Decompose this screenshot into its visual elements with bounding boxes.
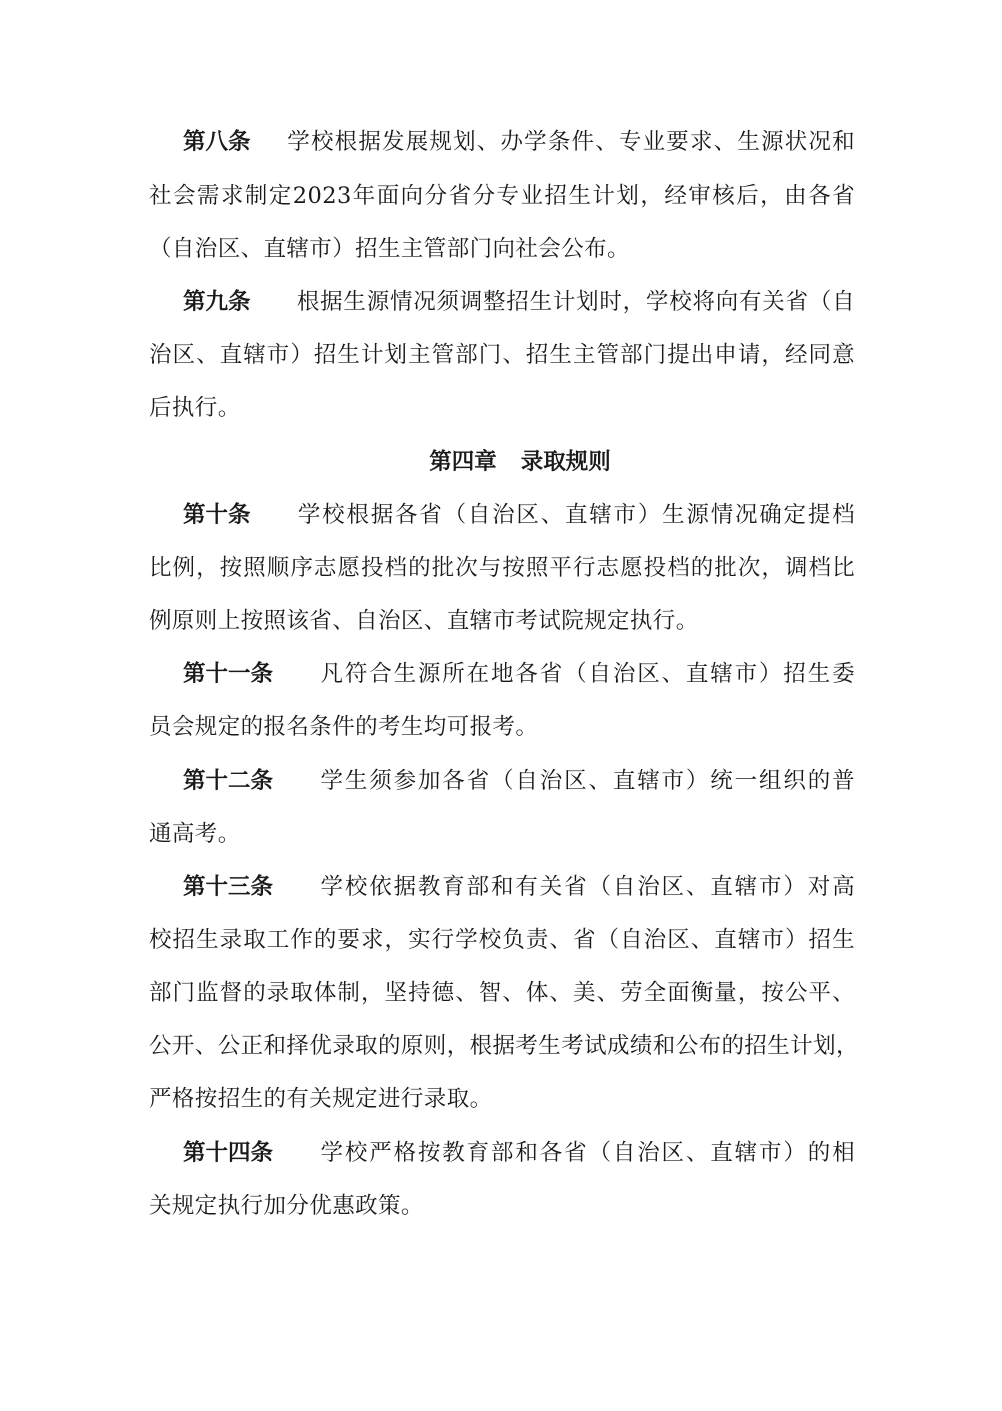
- article-12-label: 第十二条: [183, 766, 273, 796]
- article-10-line-3: 例原则上按照该省、自治区、直辖市考试院规定执行。: [149, 606, 855, 636]
- article-13-label: 第十三条: [183, 872, 273, 902]
- document-page: 第八条学校根据发展规划、办学条件、专业要求、生源状况和 社会需求制定2023年面…: [0, 0, 1002, 1411]
- article-14-text-1: 学校严格按教育部和各省（自治区、直辖市）的相: [319, 1140, 855, 1166]
- article-11-text-1: 凡符合生源所在地各省（自治区、直辖市）招生委: [319, 661, 855, 687]
- article-11-label: 第十一条: [183, 659, 273, 689]
- article-9-line-3: 后执行。: [149, 393, 855, 423]
- article-10-text-1: 学校根据各省（自治区、直辖市）生源情况确定提档: [297, 502, 855, 528]
- article-8-text-1: 学校根据发展规划、办学条件、专业要求、生源状况和: [287, 129, 855, 155]
- article-13-text-1: 学校依据教育部和有关省（自治区、直辖市）对高: [319, 874, 855, 900]
- article-13-line-3: 部门监督的录取体制，坚持德、智、体、美、劳全面衡量，按公平、: [149, 978, 855, 1008]
- article-10-label: 第十条: [183, 500, 251, 530]
- article-13-line-5: 严格按招生的有关规定进行录取。: [149, 1084, 855, 1114]
- chapter-title: 录取规则: [521, 449, 611, 475]
- article-13-line-4: 公开、公正和择优录取的原则，根据考生考试成绩和公布的招生计划，: [149, 1031, 855, 1061]
- article-14-line-1: 第十四条学校严格按教育部和各省（自治区、直辖市）的相: [183, 1138, 855, 1168]
- article-8-label: 第八条: [183, 127, 251, 157]
- article-13-line-1: 第十三条学校依据教育部和有关省（自治区、直辖市）对高: [183, 872, 855, 902]
- article-8-line-3: （自治区、直辖市）招生主管部门向社会公布。: [149, 234, 855, 264]
- article-10-line-1: 第十条学校根据各省（自治区、直辖市）生源情况确定提档: [183, 500, 855, 530]
- article-13-line-2: 校招生录取工作的要求，实行学校负责、省（自治区、直辖市）招生: [149, 925, 855, 955]
- article-8-line-1: 第八条学校根据发展规划、办学条件、专业要求、生源状况和: [183, 127, 855, 157]
- article-14-line-2: 关规定执行加分优惠政策。: [149, 1191, 855, 1221]
- article-9-line-1: 第九条根据生源情况须调整招生计划时，学校将向有关省（自: [183, 287, 855, 317]
- article-11-line-2: 员会规定的报名条件的考生均可报考。: [149, 712, 855, 742]
- article-12-line-1: 第十二条学生须参加各省（自治区、直辖市）统一组织的普: [183, 766, 855, 796]
- article-12-text-1: 学生须参加各省（自治区、直辖市）统一组织的普: [319, 768, 855, 794]
- article-14-label: 第十四条: [183, 1138, 273, 1168]
- chapter-heading: 第四章录取规则: [0, 447, 1002, 477]
- article-10-line-2: 比例，按照顺序志愿投档的批次与按照平行志愿投档的批次，调档比: [149, 553, 855, 583]
- article-9-label: 第九条: [183, 287, 251, 317]
- chapter-number: 第四章: [429, 449, 497, 475]
- article-12-line-2: 通高考。: [149, 819, 855, 849]
- article-11-line-1: 第十一条凡符合生源所在地各省（自治区、直辖市）招生委: [183, 659, 855, 689]
- article-8-line-2: 社会需求制定2023年面向分省分专业招生计划，经审核后，由各省: [149, 181, 855, 211]
- article-9-line-2: 治区、直辖市）招生计划主管部门、招生主管部门提出申请，经同意: [149, 340, 855, 370]
- article-9-text-1: 根据生源情况须调整招生计划时，学校将向有关省（自: [297, 289, 855, 315]
